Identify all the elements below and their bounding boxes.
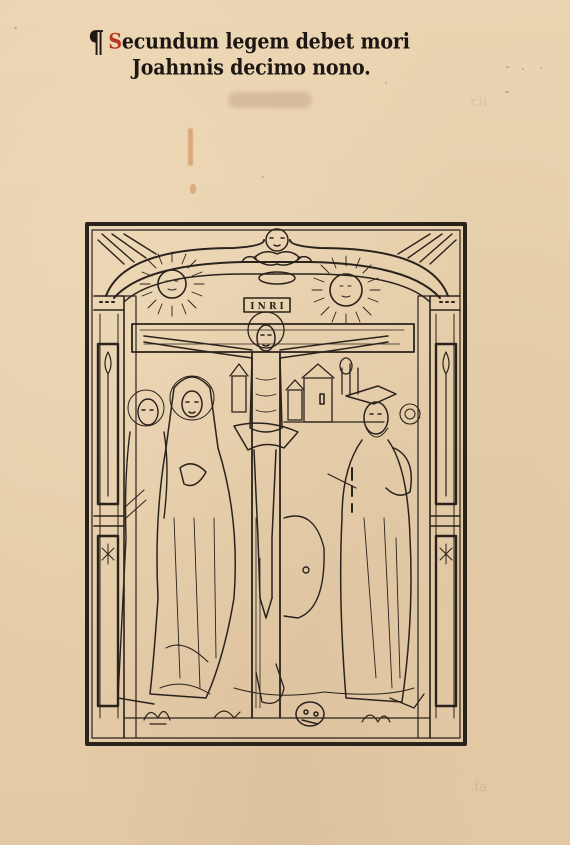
gothic-pillar-left	[94, 296, 136, 738]
ink-offset-blot	[228, 92, 312, 108]
paper-speck	[385, 82, 387, 84]
paper-speck	[505, 91, 509, 93]
titulus-text: I N R I	[250, 302, 284, 312]
paper-speck	[506, 66, 509, 68]
angel-head	[242, 229, 312, 284]
christ	[144, 312, 388, 618]
gothic-pillar-right	[418, 296, 460, 738]
soldier-figure	[328, 386, 420, 702]
golgotha-ground	[124, 516, 430, 718]
rust-stain	[190, 184, 196, 194]
book-page: r.ii .fa ¶Secundum legem debet mori Joah…	[0, 0, 570, 845]
city-of-jerusalem	[230, 358, 384, 422]
paper-speck	[540, 67, 542, 69]
moon	[312, 256, 380, 324]
crucifixion-woodcut: I N R I	[84, 218, 470, 752]
paper-speck	[522, 68, 524, 70]
sun	[140, 252, 204, 316]
john-figure	[118, 390, 167, 704]
chapter-heading: ¶Secundum legem debet mori Joahnnis deci…	[88, 28, 428, 76]
rust-stain	[188, 128, 193, 166]
pilcrow-mark: ¶	[88, 28, 104, 58]
show-through-text: .fa	[470, 780, 487, 795]
mary-figure	[150, 376, 235, 698]
heading-line-2: Joahnnis decimo nono.	[88, 57, 428, 79]
rubricated-initial: S	[108, 29, 122, 54]
show-through-text: r.ii	[470, 95, 487, 110]
woodcut-illustration: I N R I	[84, 218, 470, 752]
skull	[296, 702, 324, 726]
paper-speck	[14, 27, 17, 29]
heading-line-1-text: ecundum legem debet mori	[122, 29, 410, 54]
paper-speck	[262, 176, 264, 178]
heading-line-1: ¶Secundum legem debet mori	[88, 28, 428, 58]
